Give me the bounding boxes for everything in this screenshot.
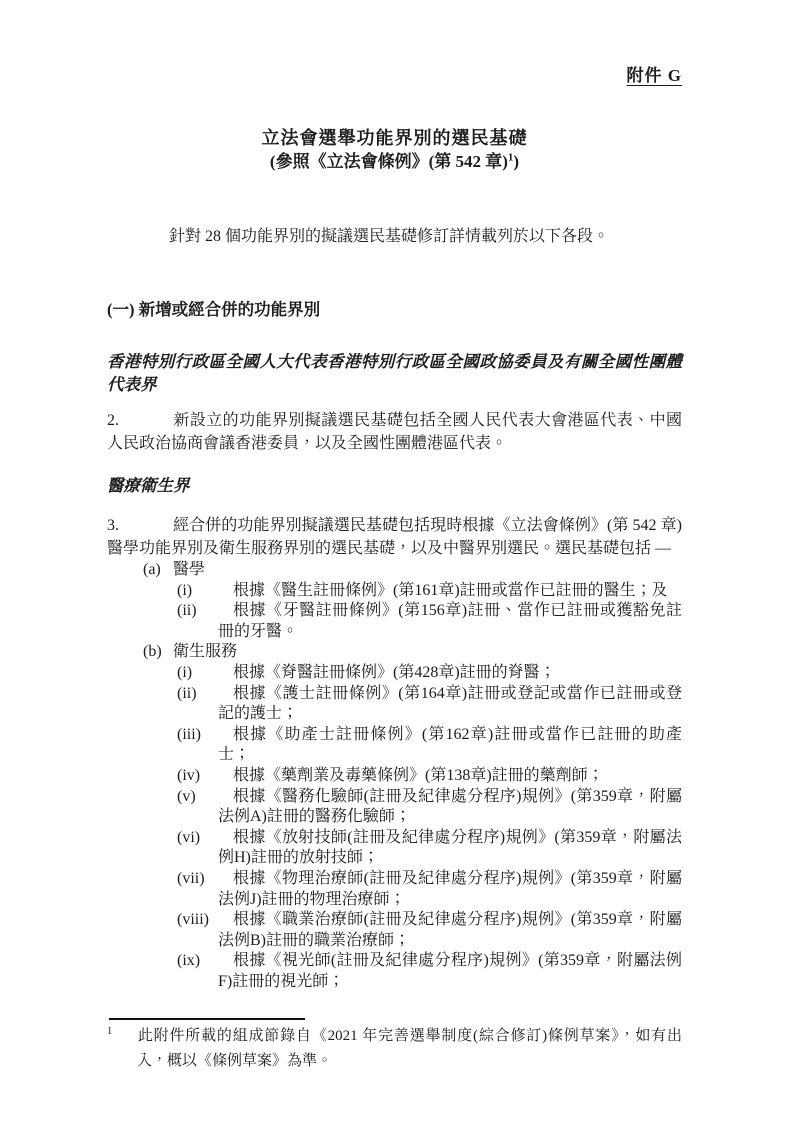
document-page: 附件 G 立法會選舉功能界別的選民基礎 (參照《立法會條例》(第 542 章)1… [0, 0, 793, 1122]
list-item-a-title: 醫學 [173, 560, 682, 581]
list-item-b-ii-text: 根據《護士註冊條例》(第164章)註冊或登記或當作已註冊或登記的護士； [218, 684, 682, 725]
subtitle-prefix: (參照《立法會條例》(第 542 章) [270, 152, 508, 171]
list-item-b-vi-label: (vi) [177, 828, 218, 869]
footnote-text: 此附件所載的組成節錄自《2021 年完善選舉制度(綜合修訂)條例草案》，如有出入… [137, 1028, 682, 1069]
list-item-b-v-text: 根據《醫務化驗師(註冊及紀律處分程序)規例》(第359章，附屬法例A)註冊的醫務… [218, 787, 682, 828]
list-item-b-label: (b) [143, 642, 173, 663]
list-item-b-ix-text: 根據《視光師(註冊及紀律處分程序)規例》(第359章，附屬法例F)註冊的視光師； [218, 951, 682, 992]
list-item-b-v-label: (v) [177, 787, 218, 828]
list-item-b: (b) 衛生服務 [107, 642, 682, 663]
list-item-b-viii-text: 根據《職業治療師(註冊及紀律處分程序)規例》(第359章，附屬法例B)註冊的職業… [218, 910, 682, 951]
list-item-b-title: 衛生服務 [173, 642, 682, 663]
list-item-a-label: (a) [143, 560, 173, 581]
list-item-b-iii-text: 根據《助產士註冊條例》(第162章)註冊或當作已註冊的助產士； [218, 725, 682, 766]
page-title: 立法會選舉功能界別的選民基礎 [107, 126, 682, 150]
list-item-b-ix-label: (ix) [177, 951, 218, 992]
list-item-b-vii: (vii) 根據《物理治療師(註冊及紀律處分程序)規例》(第359章，附屬法例J… [107, 869, 682, 910]
list-item-b-i: (i) 根據《脊醫註冊條例》(第428章)註冊的脊醫； [107, 663, 682, 684]
paragraph-3-text: 經合併的功能界別擬議選民基礎包括現時根據《立法會條例》(第 542 章)醫學功能… [107, 517, 682, 557]
list-item-b-vii-text: 根據《物理治療師(註冊及紀律處分程序)規例》(第359章，附屬法例J)註冊的物理… [218, 869, 682, 910]
intro-paragraph: 針對 28 個功能界別的擬議選民基礎修訂詳情載列於以下各段。 [107, 225, 682, 248]
section-heading: (一) 新增或經合併的功能界別 [107, 298, 682, 321]
subtitle-suffix: ) [513, 152, 519, 171]
subheading-medical-health: 醫療衛生界 [107, 474, 682, 497]
eligibility-list: (a) 醫學 (i) 根據《醫生註冊條例》(第161章)註冊或當作已註冊的醫生；… [107, 560, 682, 992]
paragraph-2: 2.新設立的功能界別擬議選民基礎包括全國人民代表大會港區代表、中國人民政治協商會… [107, 409, 682, 455]
list-item-b-iv-label: (iv) [177, 766, 218, 787]
page-subtitle: (參照《立法會條例》(第 542 章)1) [107, 150, 682, 174]
list-item-b-iii-label: (iii) [177, 725, 218, 766]
list-item-b-iii: (iii) 根據《助產士註冊條例》(第162章)註冊或當作已註冊的助產士； [107, 725, 682, 766]
list-item-b-ii-label: (ii) [177, 684, 218, 725]
paragraph-3-number: 3. [107, 514, 173, 537]
list-item-a: (a) 醫學 [107, 560, 682, 581]
paragraph-3: 3.經合併的功能界別擬議選民基礎包括現時根據《立法會條例》(第 542 章)醫學… [107, 514, 682, 560]
list-item-b-i-text: 根據《脊醫註冊條例》(第428章)註冊的脊醫； [218, 663, 682, 684]
list-item-a-i: (i) 根據《醫生註冊條例》(第161章)註冊或當作已註冊的醫生；及 [107, 581, 682, 602]
list-item-b-vi-text: 根據《放射技師(註冊及紀律處分程序)規例》(第359章，附屬法例H)註冊的放射技… [218, 828, 682, 869]
paragraph-2-text: 新設立的功能界別擬議選民基礎包括全國人民代表大會港區代表、中國人民政治協商會議香… [107, 412, 682, 452]
subheading-npc-cppcc: 香港特別行政區全國人大代表香港特別行政區全國政協委員及有關全國性團體代表界 [107, 350, 682, 396]
footnote: 1此附件所載的組成節錄自《2021 年完善選舉制度(綜合修訂)條例草案》，如有出… [107, 1024, 682, 1074]
list-item-b-iv-text: 根據《藥劑業及毒藥條例》(第138章)註冊的藥劑師； [218, 766, 682, 787]
list-item-b-iv: (iv) 根據《藥劑業及毒藥條例》(第138章)註冊的藥劑師； [107, 766, 682, 787]
list-item-b-vi: (vi) 根據《放射技師(註冊及紀律處分程序)規例》(第359章，附屬法例H)註… [107, 828, 682, 869]
list-item-a-ii-label: (ii) [177, 601, 218, 642]
footnote-separator [109, 1018, 305, 1020]
list-item-b-vii-label: (vii) [177, 869, 218, 910]
list-item-b-viii-label: (viii) [177, 910, 218, 951]
list-item-a-ii-text: 根據《牙醫註冊條例》(第156章)註冊、當作已註冊或獲豁免註冊的牙醫。 [218, 601, 682, 642]
list-item-a-i-label: (i) [177, 581, 218, 602]
list-item-b-i-label: (i) [177, 663, 218, 684]
annex-label-text: 附件 G [627, 66, 682, 85]
list-item-b-ix: (ix) 根據《視光師(註冊及紀律處分程序)規例》(第359章，附屬法例F)註冊… [107, 951, 682, 992]
annex-label: 附件 G [107, 64, 682, 88]
list-item-a-ii: (ii) 根據《牙醫註冊條例》(第156章)註冊、當作已註冊或獲豁免註冊的牙醫。 [107, 601, 682, 642]
paragraph-2-number: 2. [107, 409, 173, 432]
list-item-a-i-text: 根據《醫生註冊條例》(第161章)註冊或當作已註冊的醫生；及 [218, 581, 682, 602]
list-item-b-viii: (viii) 根據《職業治療師(註冊及紀律處分程序)規例》(第359章，附屬法例… [107, 910, 682, 951]
list-item-b-ii: (ii) 根據《護士註冊條例》(第164章)註冊或登記或當作已註冊或登記的護士； [107, 684, 682, 725]
list-item-b-v: (v) 根據《醫務化驗師(註冊及紀律處分程序)規例》(第359章，附屬法例A)註… [107, 787, 682, 828]
